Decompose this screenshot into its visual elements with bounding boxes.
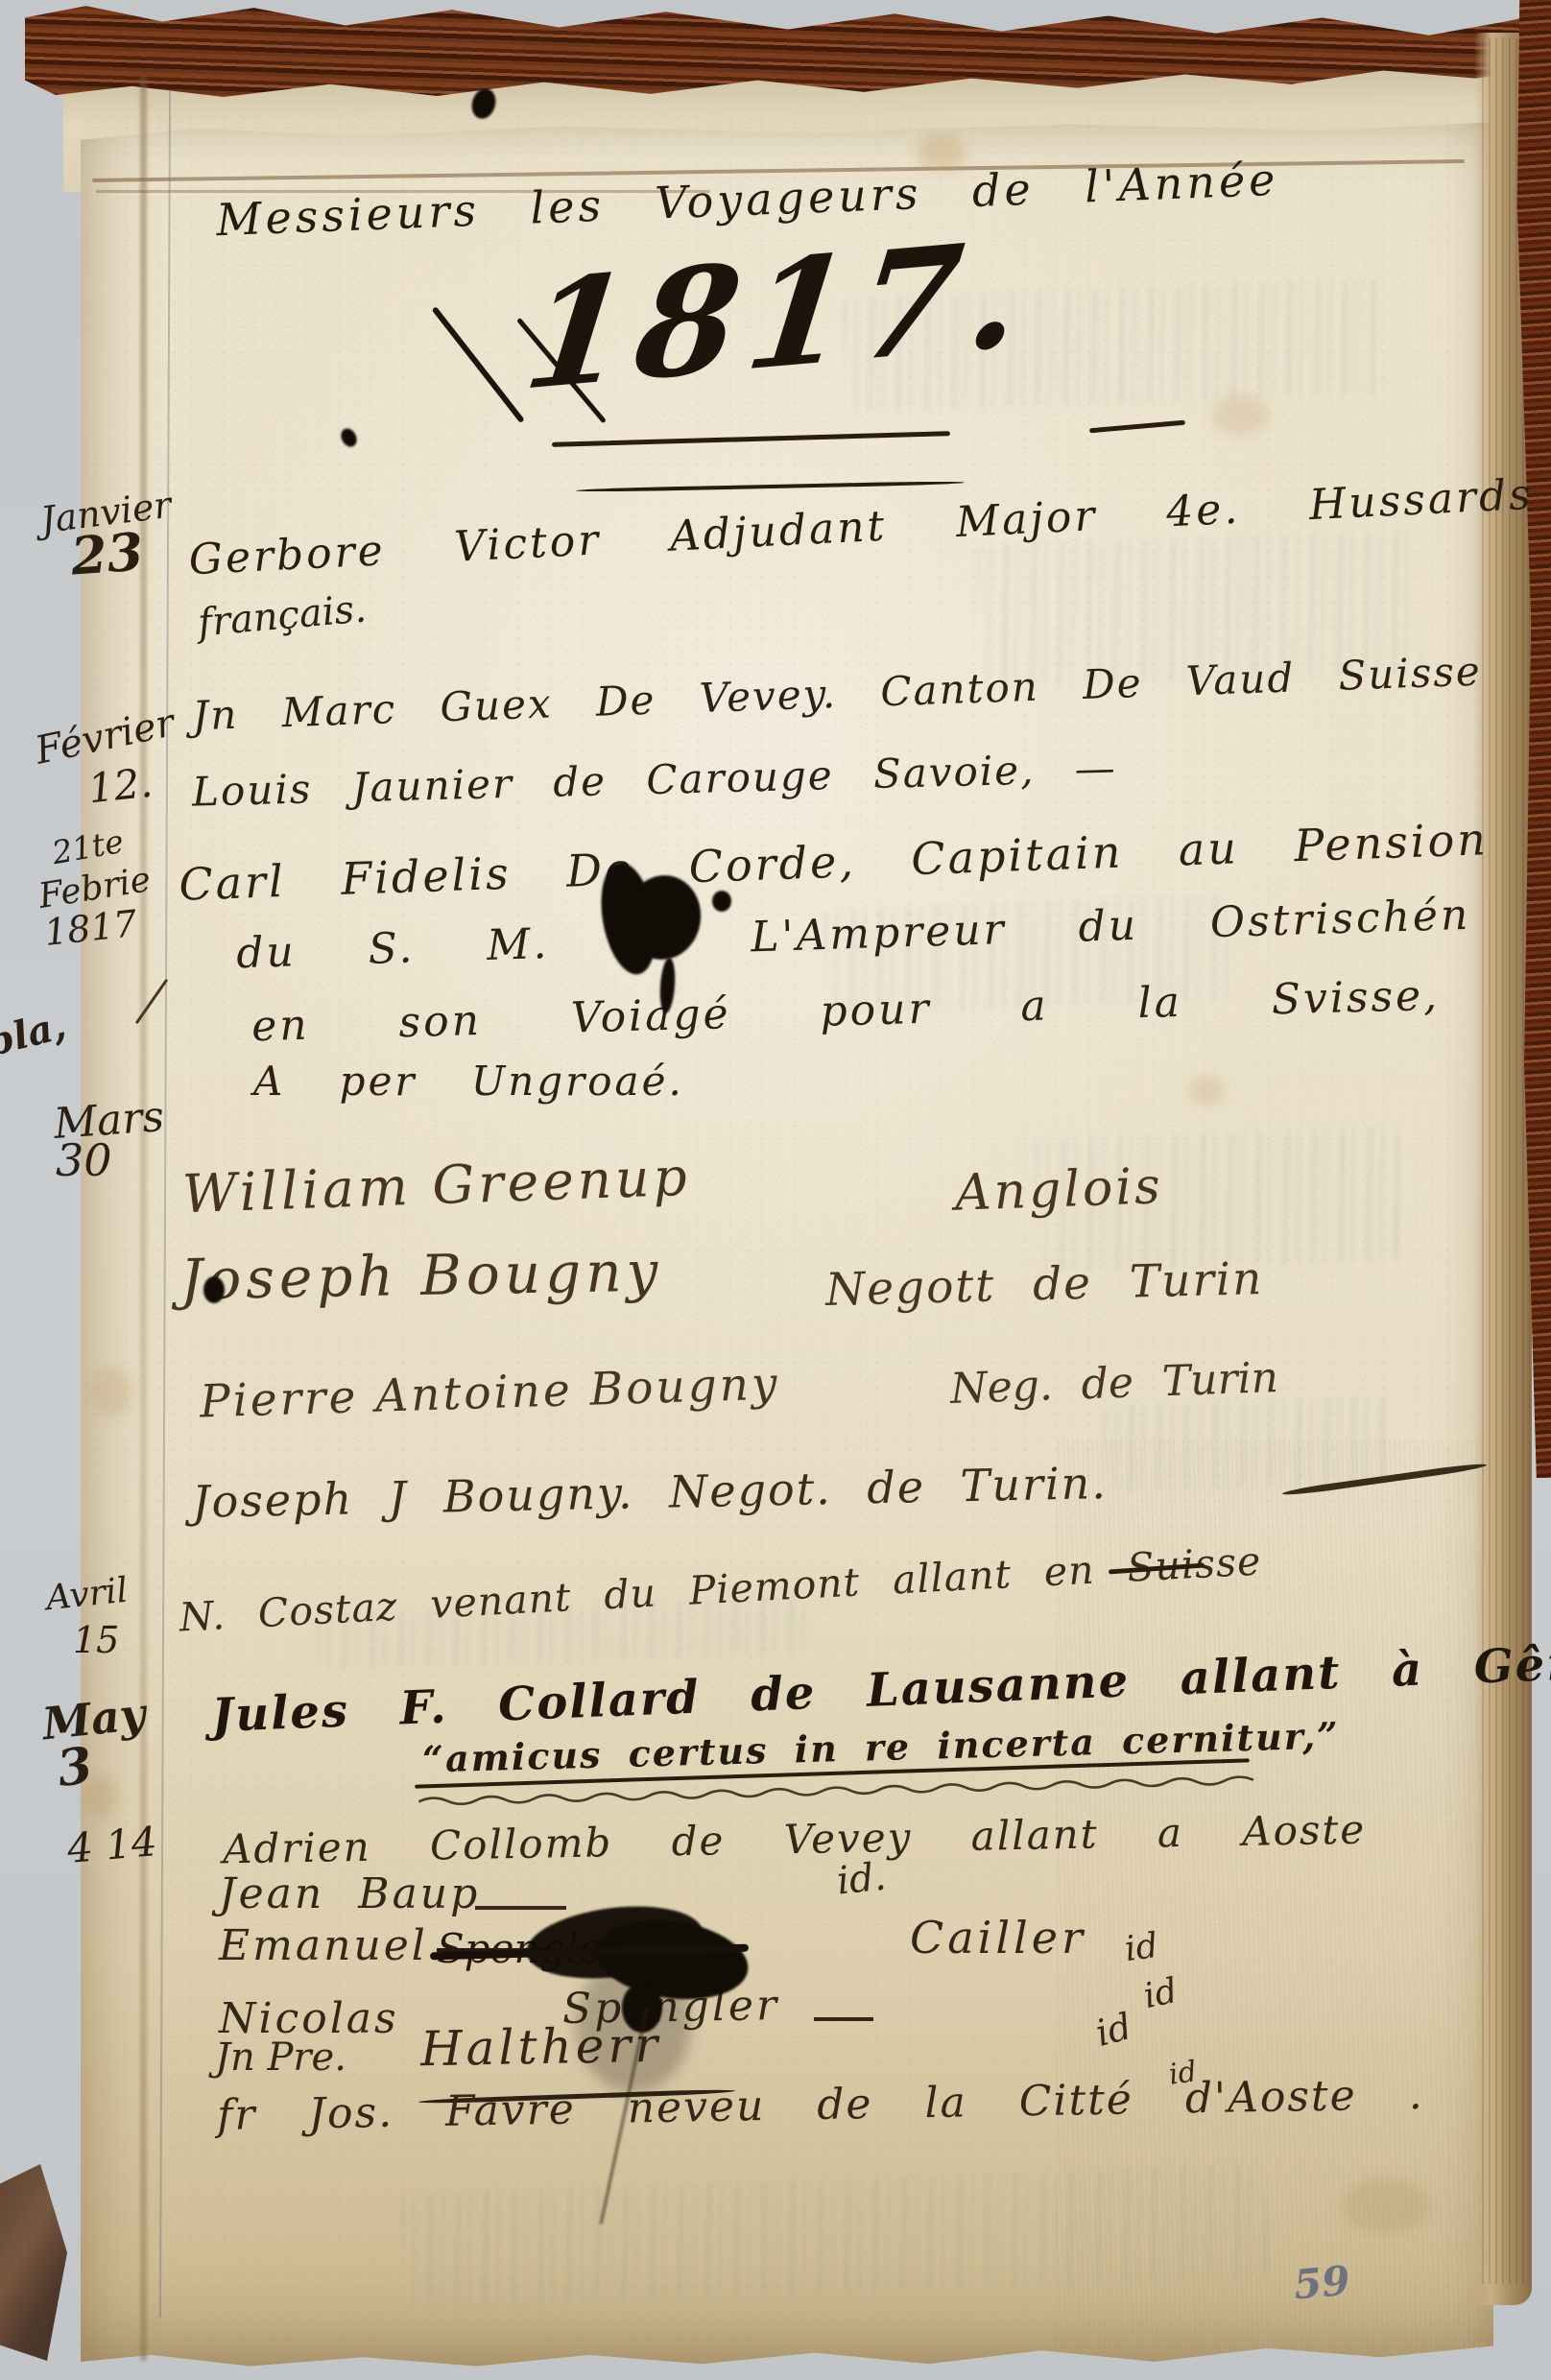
foxing-stain [1211, 395, 1269, 436]
traveller-name: Jn Pre. [215, 2038, 346, 2077]
connecting-dash [814, 2017, 873, 2021]
traveller-origin: Anglois [954, 1161, 1163, 1219]
traveller-name: Nicolas [219, 1998, 399, 2040]
fore-edge-streaks [1482, 38, 1530, 2284]
traveller-name: Emanuel [219, 1925, 428, 1967]
ink-bleedthrough [1103, 1396, 1394, 1492]
scanned-register-page: { "scan": { "page_number": "59", "header… [0, 0, 1551, 2380]
traveller-origin: Negott de Turin [824, 1256, 1263, 1313]
entry-line: A per Ungroaé. [253, 1061, 684, 1102]
foxing-stain [92, 1367, 132, 1418]
gutter-crease [140, 77, 147, 2361]
ink-blot-dot [712, 891, 731, 912]
margin-date-day: 23 [69, 525, 145, 582]
traveller-surname: Cailler [910, 1916, 1086, 1960]
traveller-name: Joseph Bougny [180, 1244, 663, 1308]
margin-date-day: 15 [73, 1622, 119, 1658]
ditto-mark: id. [835, 1857, 888, 1900]
connecting-dash [475, 1906, 566, 1910]
traveller-origin: Neg. de Turin [949, 1357, 1278, 1411]
margin-date-month: Avril [44, 1574, 129, 1617]
ditto-mark-superscript: id [1167, 2058, 1199, 2090]
margin-date-day: 30 [56, 1138, 112, 1182]
margin-date-day: 3 [55, 1741, 96, 1796]
foxing-stain [1188, 1075, 1225, 1106]
margin-date-month: May [40, 1692, 148, 1747]
ditto-mark: id [1123, 1929, 1160, 1967]
ink-blot-dot [203, 1276, 225, 1303]
traveller-name: Jean Baup [219, 1873, 480, 1916]
ditto-mark: id [1141, 1974, 1181, 2014]
margin-date-line: 1817 [42, 905, 138, 951]
margin-date-day: 12. [86, 763, 155, 810]
foxing-stain [1344, 2178, 1430, 2232]
year-heading: 1817. [518, 219, 1039, 411]
margin-date-day: 4 14 [65, 1821, 158, 1869]
page-number-pencil: 59 [1292, 2261, 1351, 2306]
